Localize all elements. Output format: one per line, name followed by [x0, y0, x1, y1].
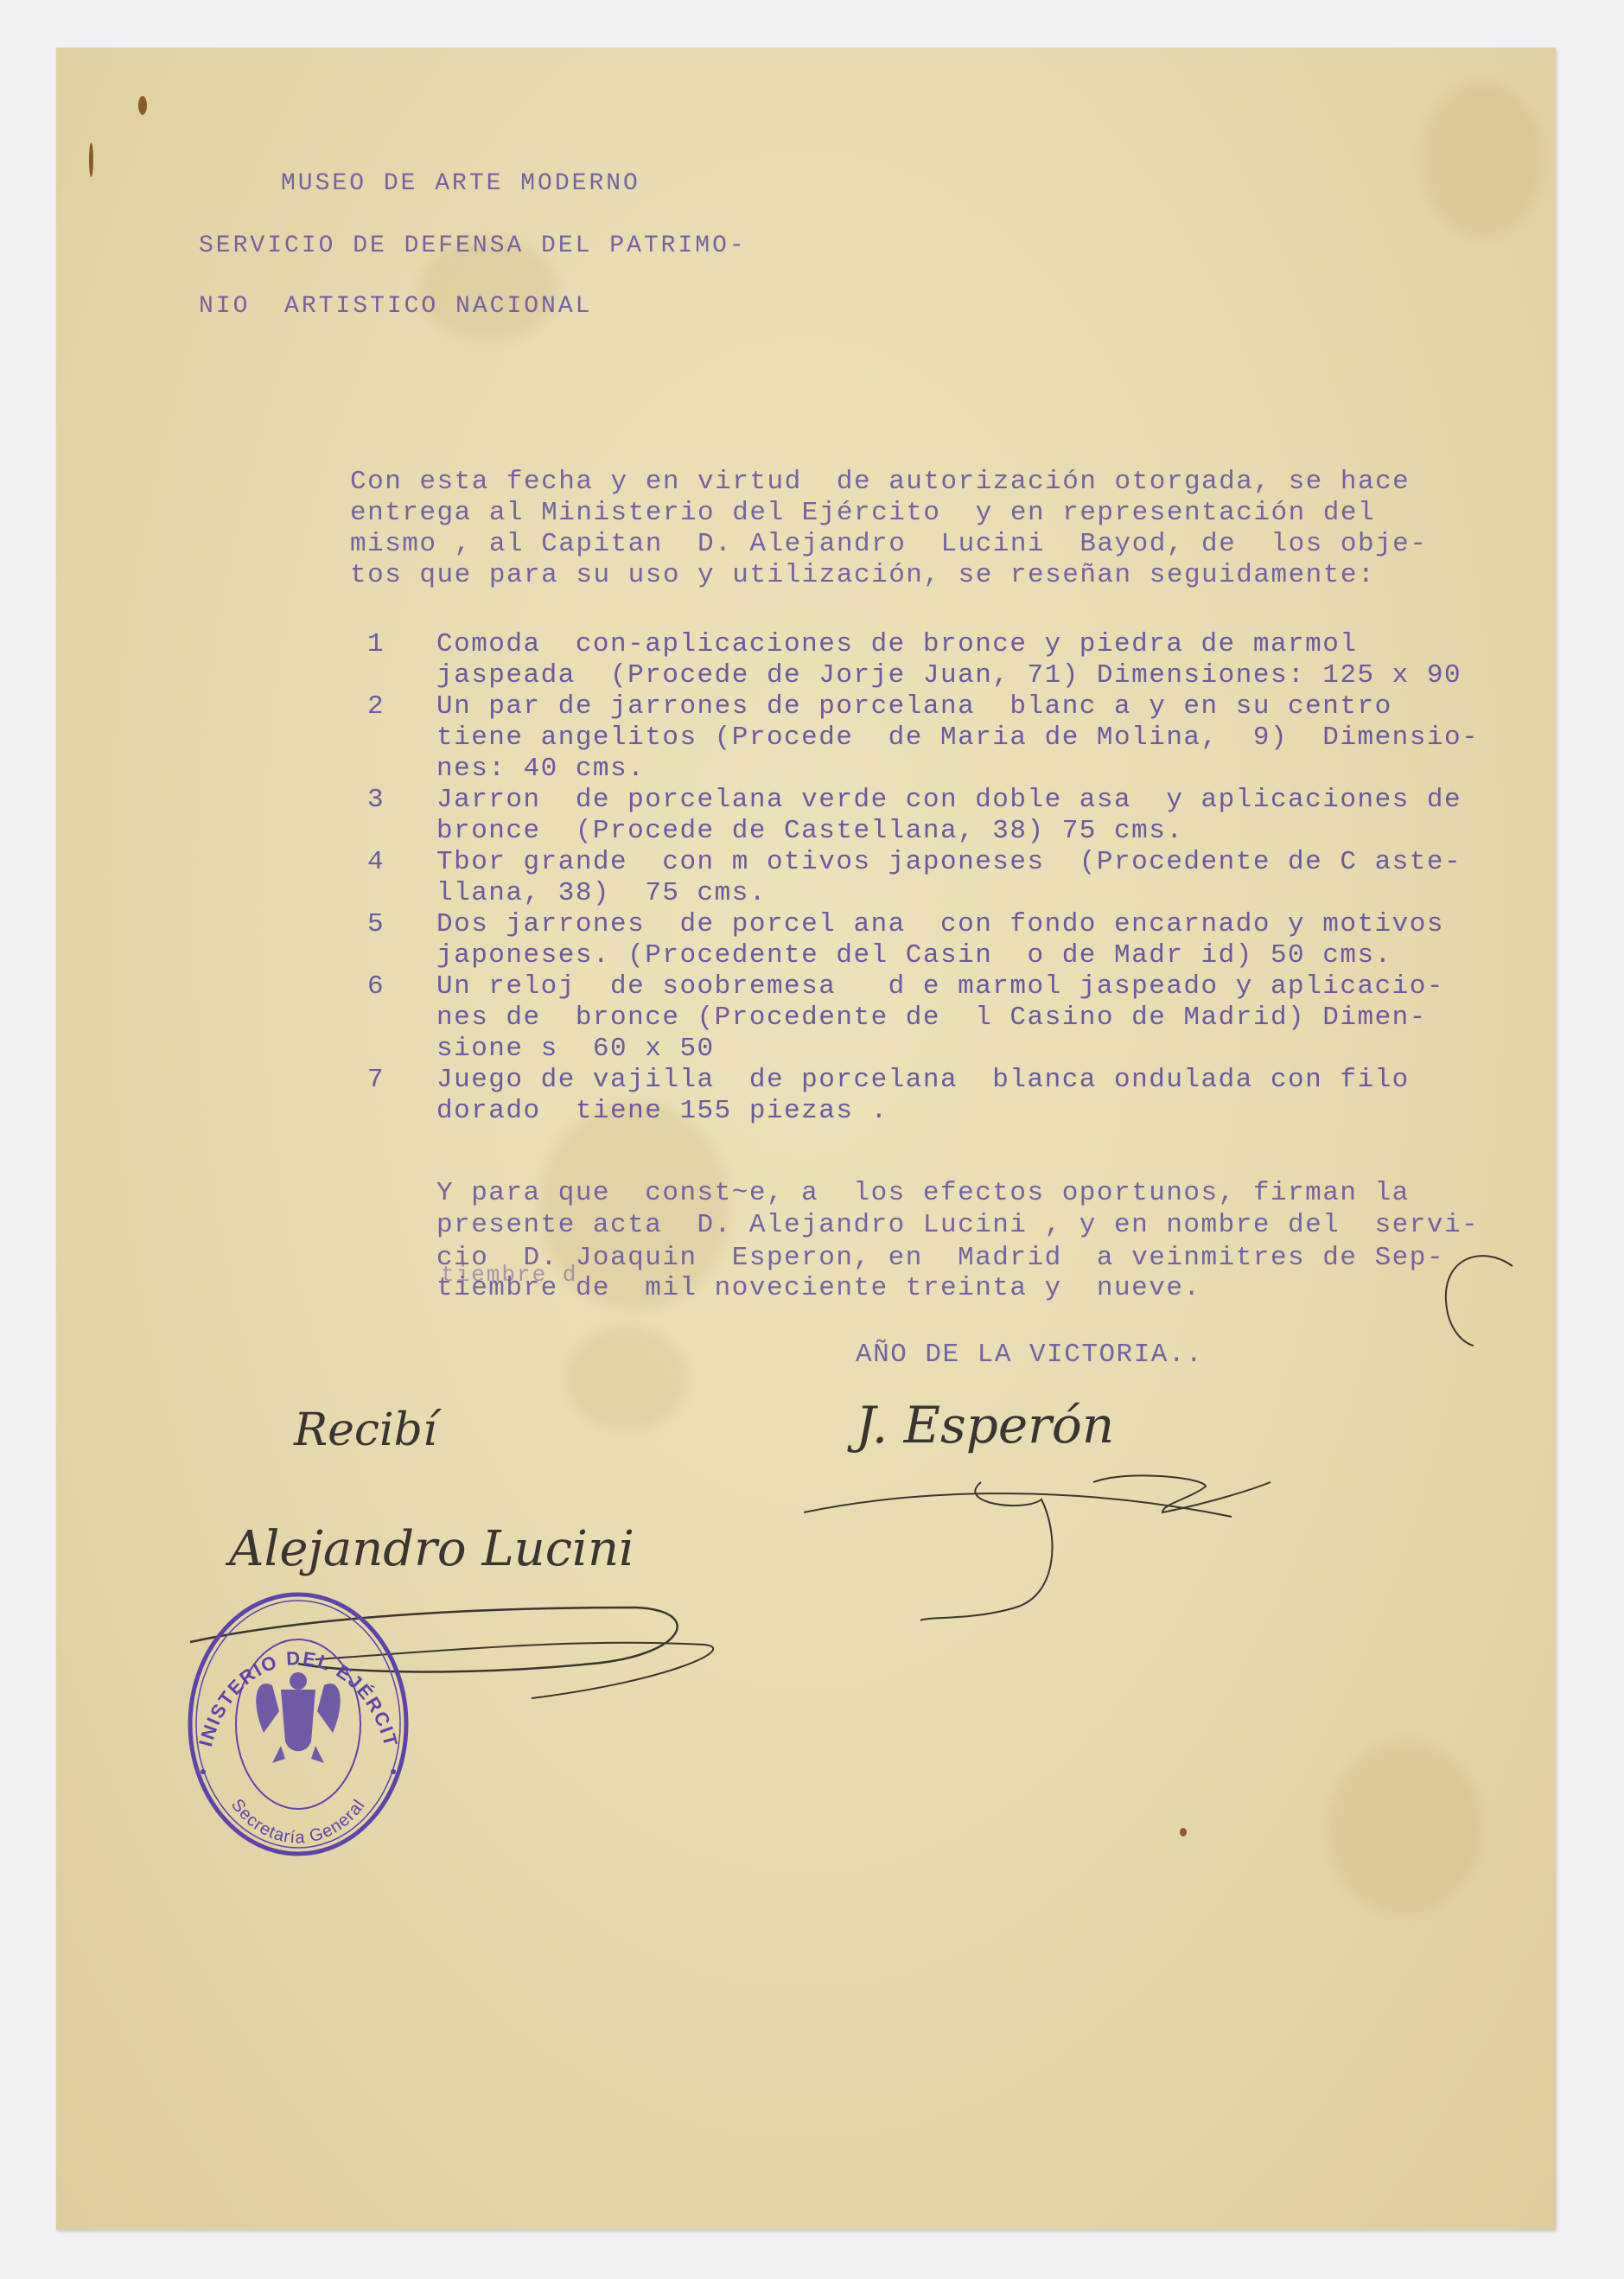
signature-lucini: Alejandro Lucini: [229, 1521, 634, 1577]
paper-stain: [566, 1327, 687, 1430]
item-text: llana, 38) 75 cms.: [436, 878, 1462, 909]
item-text: Un par de jarrones de porcelana blanc a …: [436, 691, 1479, 723]
item-text: Un reloj de soobremesa d e marmol jaspea…: [436, 971, 1444, 1003]
closing-line: cio D. Joaquin Esperon, en Madrid a vein…: [436, 1243, 1444, 1274]
list-item: 2 Un par de jarrones de porcelana blanc …: [367, 691, 1479, 785]
item-text: Juego de vajilla de porcelana blanca ond…: [436, 1065, 1410, 1096]
item-text: Tbor grande con m otivos japoneses (Proc…: [436, 847, 1462, 878]
eagle-crest-icon: [256, 1672, 340, 1763]
item-number: 4: [367, 847, 436, 909]
paper-stain: [1327, 1741, 1482, 1914]
ministry-stamp: MINISTERIO DEL EJÉRCITO Secretaría Gener…: [177, 1582, 419, 1858]
item-text: japoneses. (Procedente del Casin o de Ma…: [436, 940, 1444, 971]
item-text: nes de bronce (Procedente de l Casino de…: [436, 1003, 1444, 1034]
item-list: 1 Comoda con-aplicaciones de bronce y pi…: [367, 629, 1479, 1127]
received-note: Recibí: [294, 1404, 437, 1456]
intro-line: entrega al Ministerio del Ejército y en …: [350, 498, 1375, 529]
intro-line: tos que para su uso y utilización, se re…: [350, 560, 1375, 591]
document-page: MUSEO DE ARTE MODERNO SERVICIO DE DEFENS…: [56, 48, 1556, 2230]
ink-spot: [138, 96, 147, 115]
ink-spot: [89, 143, 93, 177]
list-item: 1 Comoda con-aplicaciones de bronce y pi…: [367, 629, 1479, 691]
item-text: Comoda con-aplicaciones de bronce y pied…: [436, 629, 1462, 660]
list-item: 5 Dos jarrones de porcel ana con fondo e…: [367, 909, 1479, 971]
item-text: bronce (Procede de Castellana, 38) 75 cm…: [436, 816, 1462, 847]
item-text: tiene angelitos (Procede de Maria de Mol…: [436, 723, 1479, 754]
list-item: 4 Tbor grande con m otivos japoneses (Pr…: [367, 847, 1479, 909]
item-number: 3: [367, 785, 436, 847]
item-number: 2: [367, 691, 436, 785]
intro-line: mismo , al Capitan D. Alejandro Lucini B…: [350, 529, 1427, 560]
list-item: 6 Un reloj de soobremesa d e marmol jasp…: [367, 971, 1479, 1065]
header-line-2: SERVICIO DE DEFENSA DEL PATRIMO-: [199, 231, 747, 262]
closing-line: Y para que const~e, a los efectos oportu…: [436, 1178, 1410, 1209]
item-text: sione s 60 x 50: [436, 1034, 1444, 1065]
motto: AÑO DE LA VICTORIA..: [856, 1340, 1203, 1371]
paper-stain: [1422, 82, 1543, 238]
item-text: Jarron de porcelana verde con doble asa …: [436, 785, 1462, 816]
closing-line: tiembre de mil noveciente treinta y nuev…: [436, 1273, 1201, 1304]
list-item: 7 Juego de vajilla de porcelana blanca o…: [367, 1065, 1479, 1127]
intro-line: Con esta fecha y en virtud de autorizaci…: [350, 467, 1410, 498]
signature-esperon: J. Esperón: [856, 1396, 1114, 1455]
margin-bracket-mark: [1439, 1249, 1517, 1353]
header-line-3: NIO ARTISTICO NACIONAL: [199, 291, 592, 322]
item-text: dorado tiene 155 piezas .: [436, 1096, 1410, 1127]
item-number: 5: [367, 909, 436, 971]
item-number: 1: [367, 629, 436, 691]
list-item: 3 Jarron de porcelana verde con doble as…: [367, 785, 1479, 847]
signature-flourish: [799, 1465, 1283, 1638]
closing-line: presente acta D. Alejandro Lucini , y en…: [436, 1210, 1479, 1241]
item-text: jaspeada (Procede de Jorje Juan, 71) Dim…: [436, 660, 1462, 691]
item-number: 7: [367, 1065, 436, 1127]
ink-spot: [1180, 1828, 1187, 1837]
item-text: Dos jarrones de porcel ana con fondo enc…: [436, 909, 1444, 940]
item-text: nes: 40 cms.: [436, 754, 1479, 785]
item-number: 6: [367, 971, 436, 1065]
header-line-1: MUSEO DE ARTE MODERNO: [281, 169, 640, 200]
